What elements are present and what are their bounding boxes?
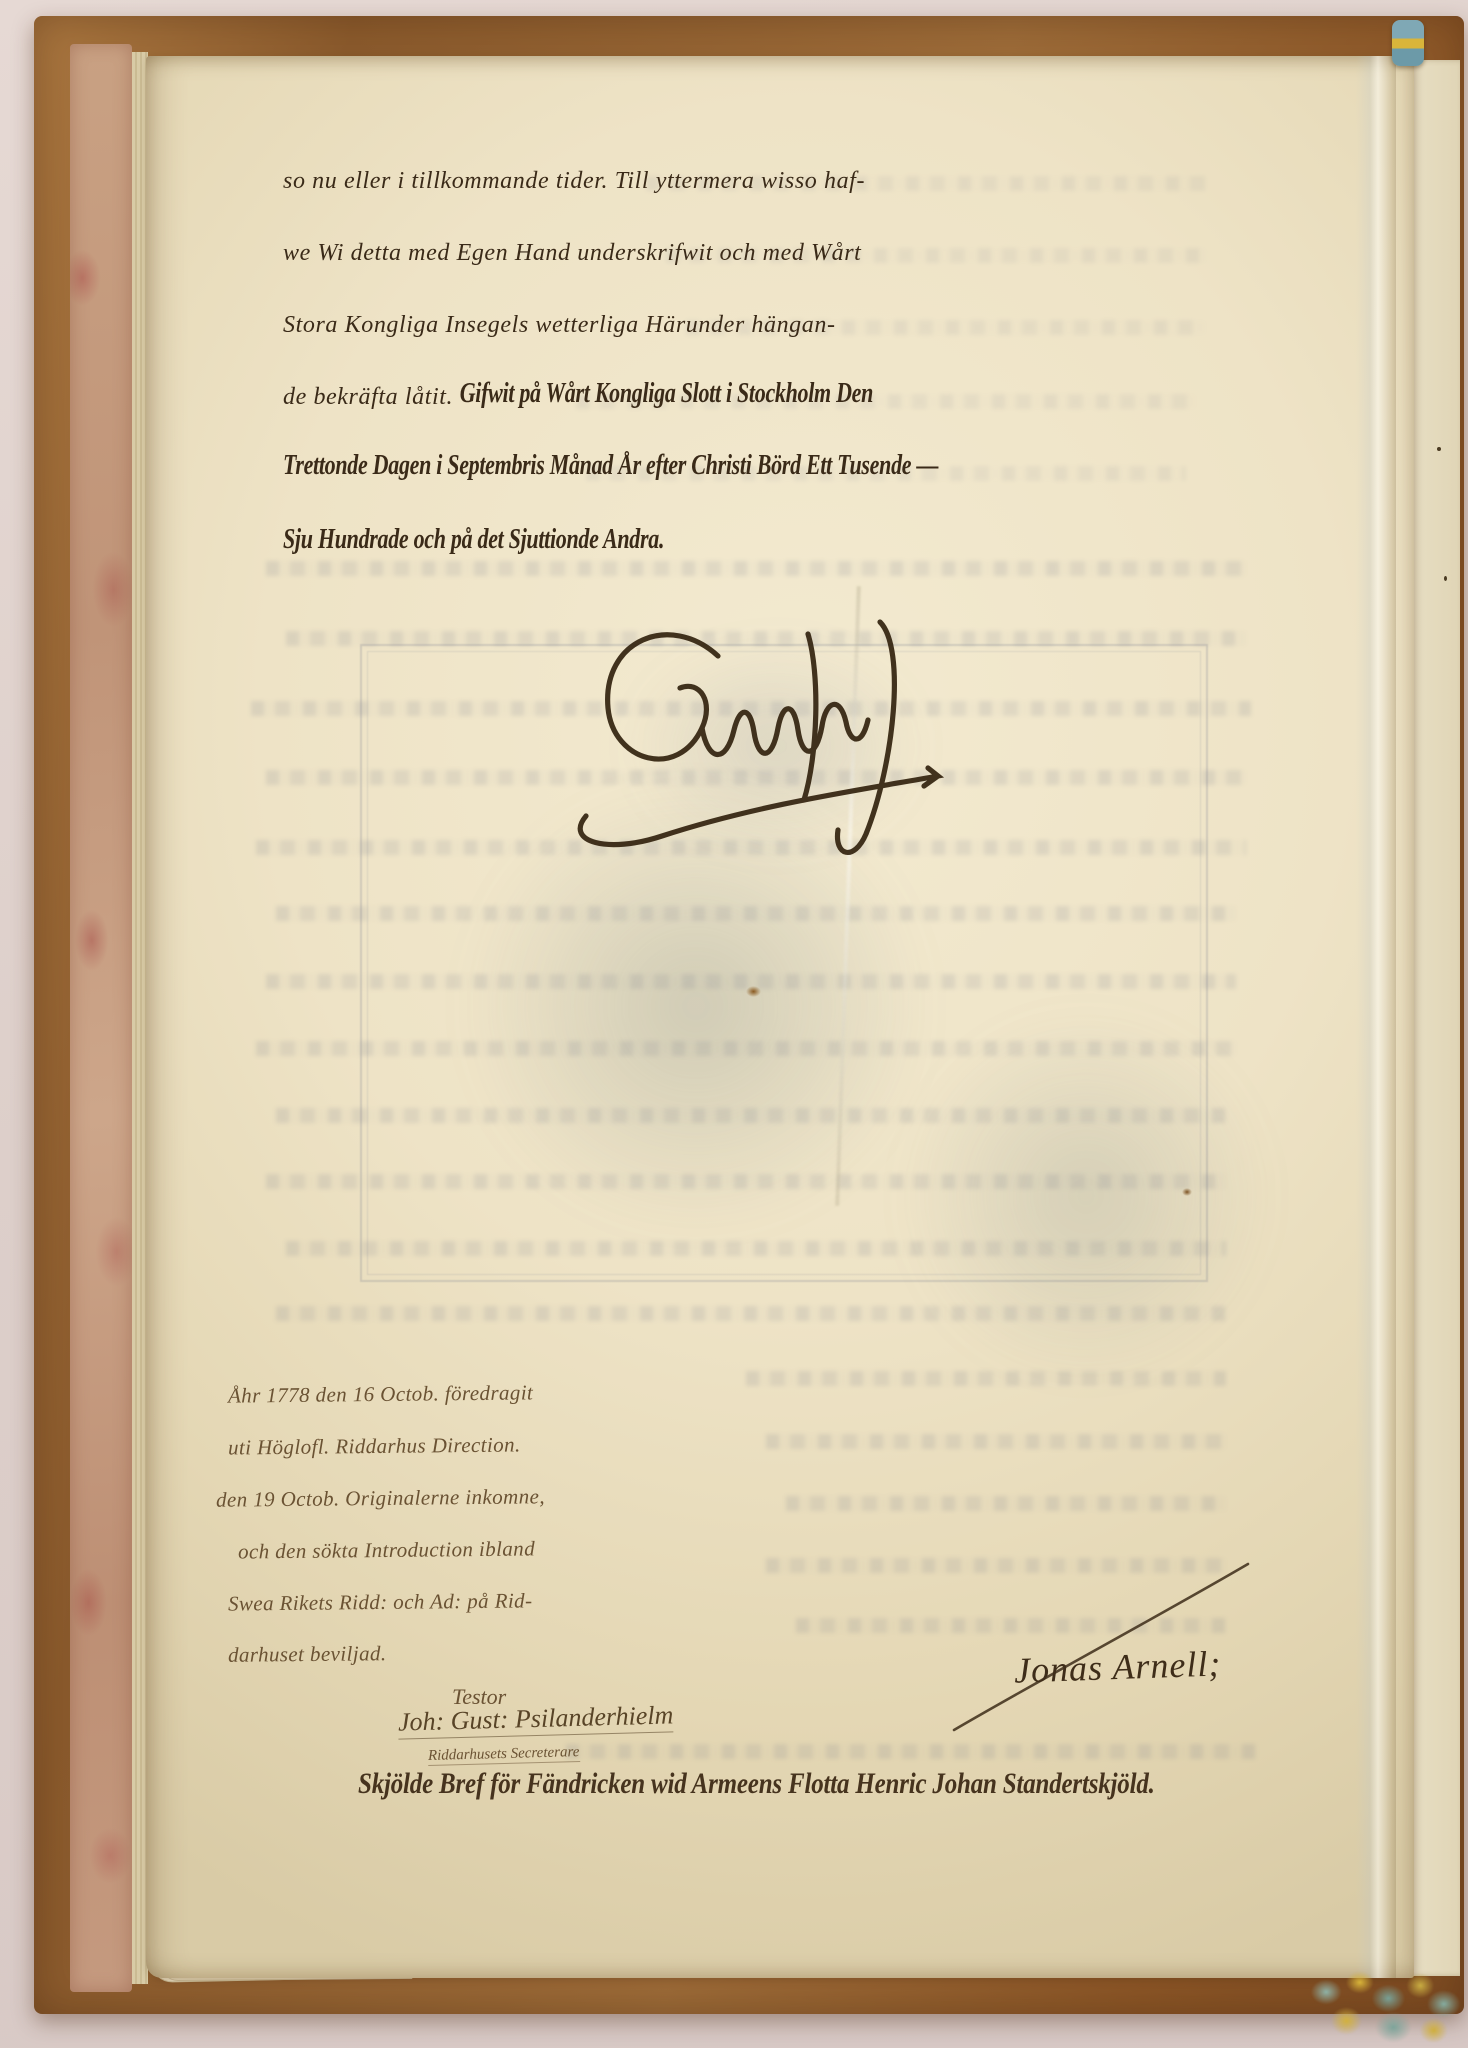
document-line-segment: Stora Kongliga Insegels wetterliga Härun…	[283, 312, 836, 338]
countersignature-jonas-arnell: Jonas Arnell;	[1013, 1642, 1222, 1691]
document-line-segment: Trettonde Dagen i Septembris Månad År ef…	[283, 448, 938, 482]
paper-speck	[1437, 447, 1441, 451]
bleedthrough-text-line	[766, 1434, 1226, 1449]
bleedthrough-text-line	[266, 1174, 1226, 1189]
ink-stain	[746, 986, 761, 997]
document-line: de bekräfta låtit. Gifwit på Wårt Kongli…	[283, 384, 873, 411]
registration-note-line: och den sökta Introduction ibland	[238, 1536, 535, 1564]
registration-note-line: Åhr 1778 den 16 Octob. föredragit	[228, 1380, 533, 1408]
document-line: we Wi detta med Egen Hand underskrifwit …	[283, 240, 861, 267]
secretary-title: Riddarhusets Secreterare	[428, 1744, 580, 1766]
document-line-segment: de bekräfta låtit.	[283, 384, 460, 410]
page-fold	[1356, 56, 1396, 1978]
document-line-segment: Gifwit på Wårt Kongliga Slott i Stockhol…	[460, 376, 873, 410]
registration-note-line: uti Höglofl. Riddarhus Direction.	[228, 1432, 521, 1460]
document-line: Trettonde Dagen i Septembris Månad År ef…	[283, 456, 938, 482]
scanned-book-page: so nu eller i tillkommande tider. Till y…	[0, 0, 1468, 2048]
bleedthrough-text-line	[286, 1241, 1226, 1256]
bleedthrough-text-line	[256, 1041, 1236, 1056]
registration-note-line: darhuset beviljad.	[228, 1641, 387, 1668]
bleedthrough-text-line	[276, 1306, 1226, 1321]
bleedthrough-text-line	[786, 1496, 1226, 1511]
underlying-page-edge	[1408, 60, 1460, 1976]
ink-stain	[1182, 1188, 1192, 1196]
endband-tassel	[1296, 1968, 1464, 2048]
document-caption: Skjölde Bref för Fändricken wid Armeens …	[358, 1768, 1155, 1801]
document-line: so nu eller i tillkommande tider. Till y…	[283, 168, 865, 195]
paper-speck	[1444, 576, 1447, 581]
document-page: so nu eller i tillkommande tider. Till y…	[146, 56, 1414, 1978]
registration-note-line: Swea Rikets Ridd: och Ad: på Rid-	[228, 1588, 533, 1616]
bleedthrough-text-line	[266, 561, 1246, 576]
document-line-segment: so nu eller i tillkommande tider. Till y…	[283, 168, 865, 194]
bleedthrough-text-line	[276, 906, 1236, 921]
bleedthrough-text-line	[276, 1108, 1226, 1123]
secretary-signature: Joh: Gust: Psilanderhielm	[398, 1700, 674, 1739]
document-line: Sju Hundrade och på det Sjuttionde Andra…	[283, 530, 664, 556]
royal-signature-gustaf: Gustaf	[550, 604, 970, 884]
marbled-endpaper	[70, 44, 132, 1992]
endband-top	[1392, 20, 1424, 66]
document-line: Stora Kongliga Insegels wetterliga Härun…	[283, 312, 836, 339]
document-line-segment: we Wi detta med Egen Hand underskrifwit …	[283, 240, 861, 266]
bleedthrough-text-line	[566, 1744, 1256, 1759]
bleedthrough-text-line	[746, 1371, 1226, 1386]
document-line-segment: Sju Hundrade och på det Sjuttionde Andra…	[283, 522, 664, 556]
registration-note-line: den 19 Octob. Originalerne inkomne,	[216, 1484, 545, 1512]
